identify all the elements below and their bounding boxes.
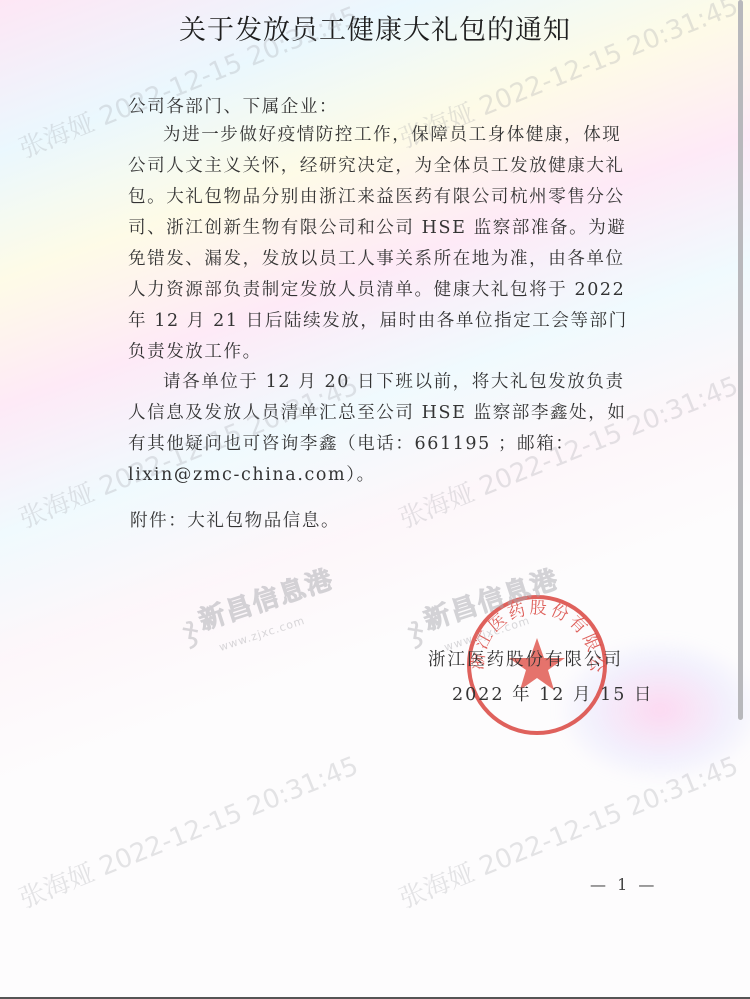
- signer-organization: 浙江医药股份有限公司: [428, 646, 623, 671]
- swirl-logo-icon: ჯ: [401, 608, 428, 651]
- document-title: 关于发放员工健康大礼包的通知: [0, 8, 750, 47]
- salutation: 公司各部门、下属企业：: [128, 92, 638, 123]
- body-paragraph-1: 为进一步做好疫情防控工作，保障员工身体健康，体现公司人文主义关怀，经研究决定，为…: [128, 120, 638, 368]
- site-logo-watermark: ჯ新昌信息港 www.zjxc.com: [175, 559, 344, 663]
- vertical-scrollbar[interactable]: [738, 0, 743, 720]
- user-watermark: 张海娅 2022-12-15 20:31:45: [393, 746, 743, 916]
- signature-date: 2022 年 12 月 15 日: [452, 681, 653, 706]
- swirl-logo-icon: ჯ: [176, 608, 203, 651]
- page-number: — 1 —: [590, 875, 657, 894]
- attachment-note: 附件：大礼包物品信息。: [130, 507, 340, 532]
- body-paragraph-2: 请各单位于 12 月 20 日下班以前，将大礼包发放负责人信息及发放人员清单汇总…: [128, 367, 638, 491]
- user-watermark: 张海娅 2022-12-15 20:31:45: [13, 746, 363, 916]
